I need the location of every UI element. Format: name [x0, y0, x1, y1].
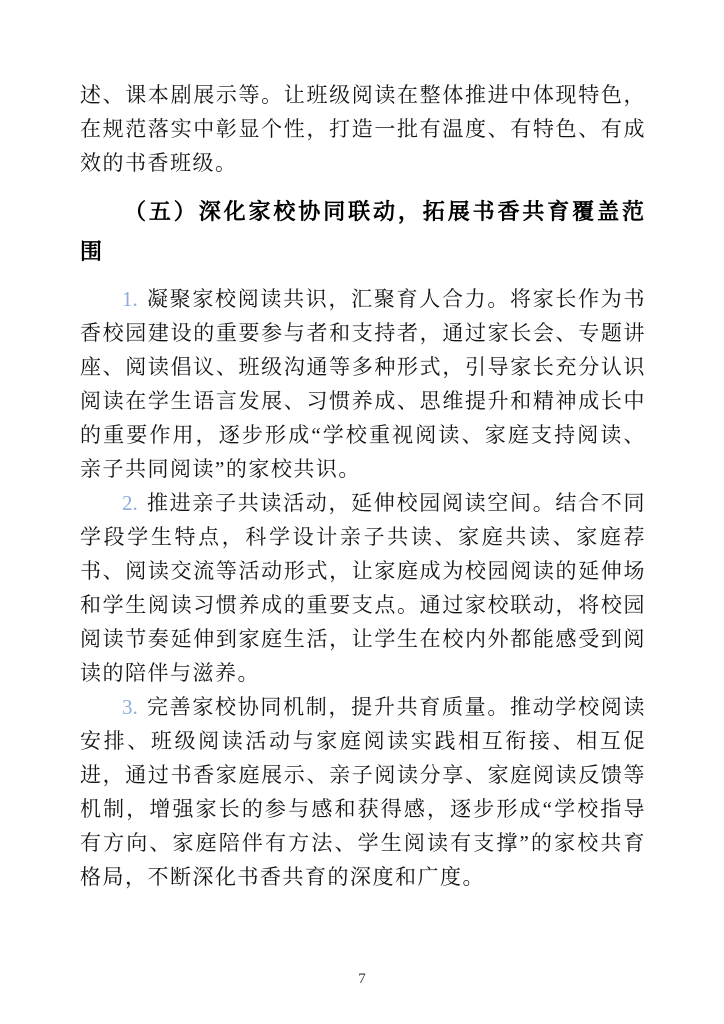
numbered-paragraph-3: 3.完善家校协同机制，提升共育质量。推动学校阅读安排、班级阅读活动与家庭阅读实践…: [80, 690, 646, 894]
list-number-1: 1.: [122, 287, 138, 311]
list-text-2: 推进亲子共读活动，延伸校园阅读空间。结合不同学段学生特点，科学设计亲子共读、家庭…: [80, 491, 646, 685]
list-number-2: 2.: [122, 491, 138, 515]
numbered-paragraph-1: 1.凝聚家校阅读共识，汇聚育人合力。将家长作为书香校园建设的重要参与者和支持者，…: [80, 282, 646, 486]
numbered-paragraph-2: 2.推进亲子共读活动，延伸校园阅读空间。结合不同学段学生特点，科学设计亲子共读、…: [80, 486, 646, 690]
list-text-3: 完善家校协同机制，提升共育质量。推动学校阅读安排、班级阅读活动与家庭阅读实践相互…: [80, 695, 646, 889]
document-page: 述、课本剧展示等。让班级阅读在整体推进中体现特色，在规范落实中彰显个性，打造一批…: [0, 0, 724, 1024]
section-heading: （五）深化家校协同联动，拓展书香共育覆盖范围: [80, 192, 646, 272]
paragraph-continued: 述、课本剧展示等。让班级阅读在整体推进中体现特色，在规范落实中彰显个性，打造一批…: [80, 78, 646, 180]
page-number: 7: [0, 971, 724, 988]
list-number-3: 3.: [122, 695, 138, 719]
list-text-1: 凝聚家校阅读共识，汇聚育人合力。将家长作为书香校园建设的重要参与者和支持者，通过…: [80, 287, 646, 481]
document-content: 述、课本剧展示等。让班级阅读在整体推进中体现特色，在规范落实中彰显个性，打造一批…: [80, 78, 646, 894]
